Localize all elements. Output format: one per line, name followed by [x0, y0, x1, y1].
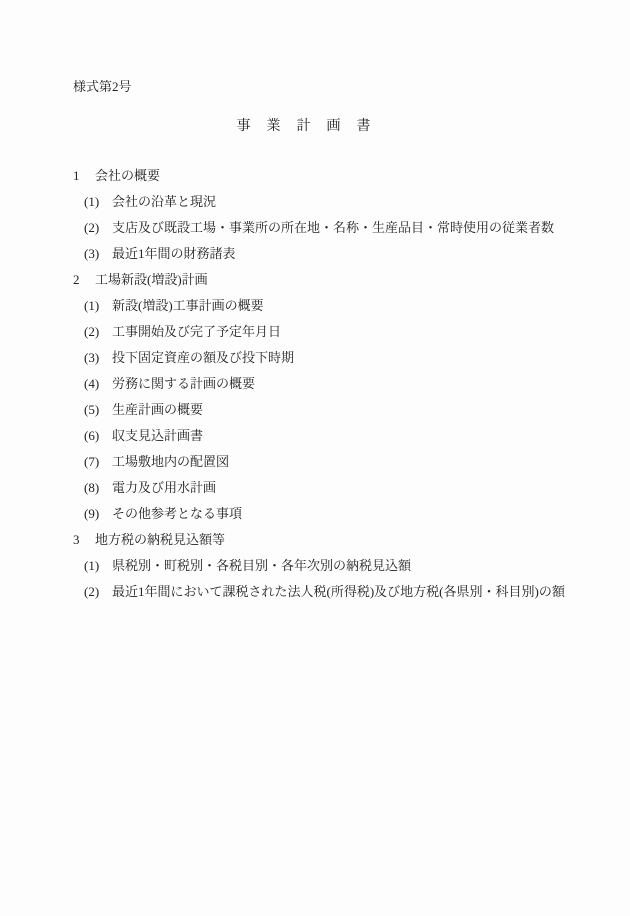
item-number: (1)	[84, 189, 112, 215]
item-number: (5)	[84, 397, 112, 423]
item-text: 最近1年間の財務諸表	[112, 246, 236, 261]
outline-item: (9)その他参考となる事項	[0, 501, 630, 527]
outline-item: (2)工事開始及び完了予定年月日	[0, 319, 630, 345]
item-number: (2)	[84, 215, 112, 241]
form-number-label: 様式第2号	[73, 79, 132, 95]
item-text: 新設(増設)工事計画の概要	[112, 298, 264, 313]
item-text: 電力及び用水計画	[112, 480, 216, 495]
document-title: 事 業 計 画 書	[0, 118, 608, 136]
section-heading: 3地方税の納税見込額等	[0, 527, 630, 553]
section-number: 3	[73, 527, 95, 553]
section-number: 2	[73, 267, 95, 293]
item-number: (3)	[84, 241, 112, 267]
item-number: (8)	[84, 475, 112, 501]
item-text: 支店及び既設工場・事業所の所在地・名称・生産品目・常時使用の従業者数	[112, 220, 554, 235]
item-number: (9)	[84, 501, 112, 527]
item-text: 生産計画の概要	[112, 402, 203, 417]
section-heading-text: 地方税の納税見込額等	[95, 532, 225, 547]
outline-item: (7)工場敷地内の配置図	[0, 449, 630, 475]
outline-item: (3)最近1年間の財務諸表	[0, 241, 630, 267]
section-number: 1	[73, 163, 95, 189]
item-text: 工場敷地内の配置図	[112, 454, 229, 469]
item-text: その他参考となる事項	[112, 506, 242, 521]
item-number: (2)	[84, 579, 112, 605]
section-heading: 2工場新設(増設)計画	[0, 267, 630, 293]
outline-item: (3)投下固定資産の額及び投下時期	[0, 345, 630, 371]
outline-item: (2)支店及び既設工場・事業所の所在地・名称・生産品目・常時使用の従業者数	[0, 215, 630, 241]
outline-item: (1)県税別・町税別・各税目別・各年次別の納税見込額	[0, 553, 630, 579]
item-number: (3)	[84, 345, 112, 371]
item-text: 労務に関する計画の概要	[112, 376, 255, 391]
item-text: 収支見込計画書	[112, 428, 203, 443]
item-text: 県税別・町税別・各税目別・各年次別の納税見込額	[112, 558, 411, 573]
item-number: (1)	[84, 553, 112, 579]
outline-item: (6)収支見込計画書	[0, 423, 630, 449]
outline-list: 1会社の概要 (1)会社の沿革と現況 (2)支店及び既設工場・事業所の所在地・名…	[0, 163, 630, 605]
item-number: (1)	[84, 293, 112, 319]
item-number: (4)	[84, 371, 112, 397]
item-text: 最近1年間において課税された法人税(所得税)及び地方税(各県別・科目別)の額	[112, 584, 565, 599]
outline-item: (4)労務に関する計画の概要	[0, 371, 630, 397]
section-heading-text: 工場新設(増設)計画	[95, 272, 208, 287]
outline-item: (2)最近1年間において課税された法人税(所得税)及び地方税(各県別・科目別)の…	[0, 579, 630, 605]
item-text: 投下固定資産の額及び投下時期	[112, 350, 294, 365]
section-heading: 1会社の概要	[0, 163, 630, 189]
item-number: (7)	[84, 449, 112, 475]
item-number: (2)	[84, 319, 112, 345]
outline-item: (1)会社の沿革と現況	[0, 189, 630, 215]
item-number: (6)	[84, 423, 112, 449]
section-heading-text: 会社の概要	[95, 168, 160, 183]
item-text: 工事開始及び完了予定年月日	[112, 324, 281, 339]
document-page: 様式第2号 事 業 計 画 書 1会社の概要 (1)会社の沿革と現況 (2)支店…	[0, 0, 630, 916]
item-text: 会社の沿革と現況	[112, 194, 216, 209]
outline-item: (8)電力及び用水計画	[0, 475, 630, 501]
outline-item: (5)生産計画の概要	[0, 397, 630, 423]
outline-item: (1)新設(増設)工事計画の概要	[0, 293, 630, 319]
